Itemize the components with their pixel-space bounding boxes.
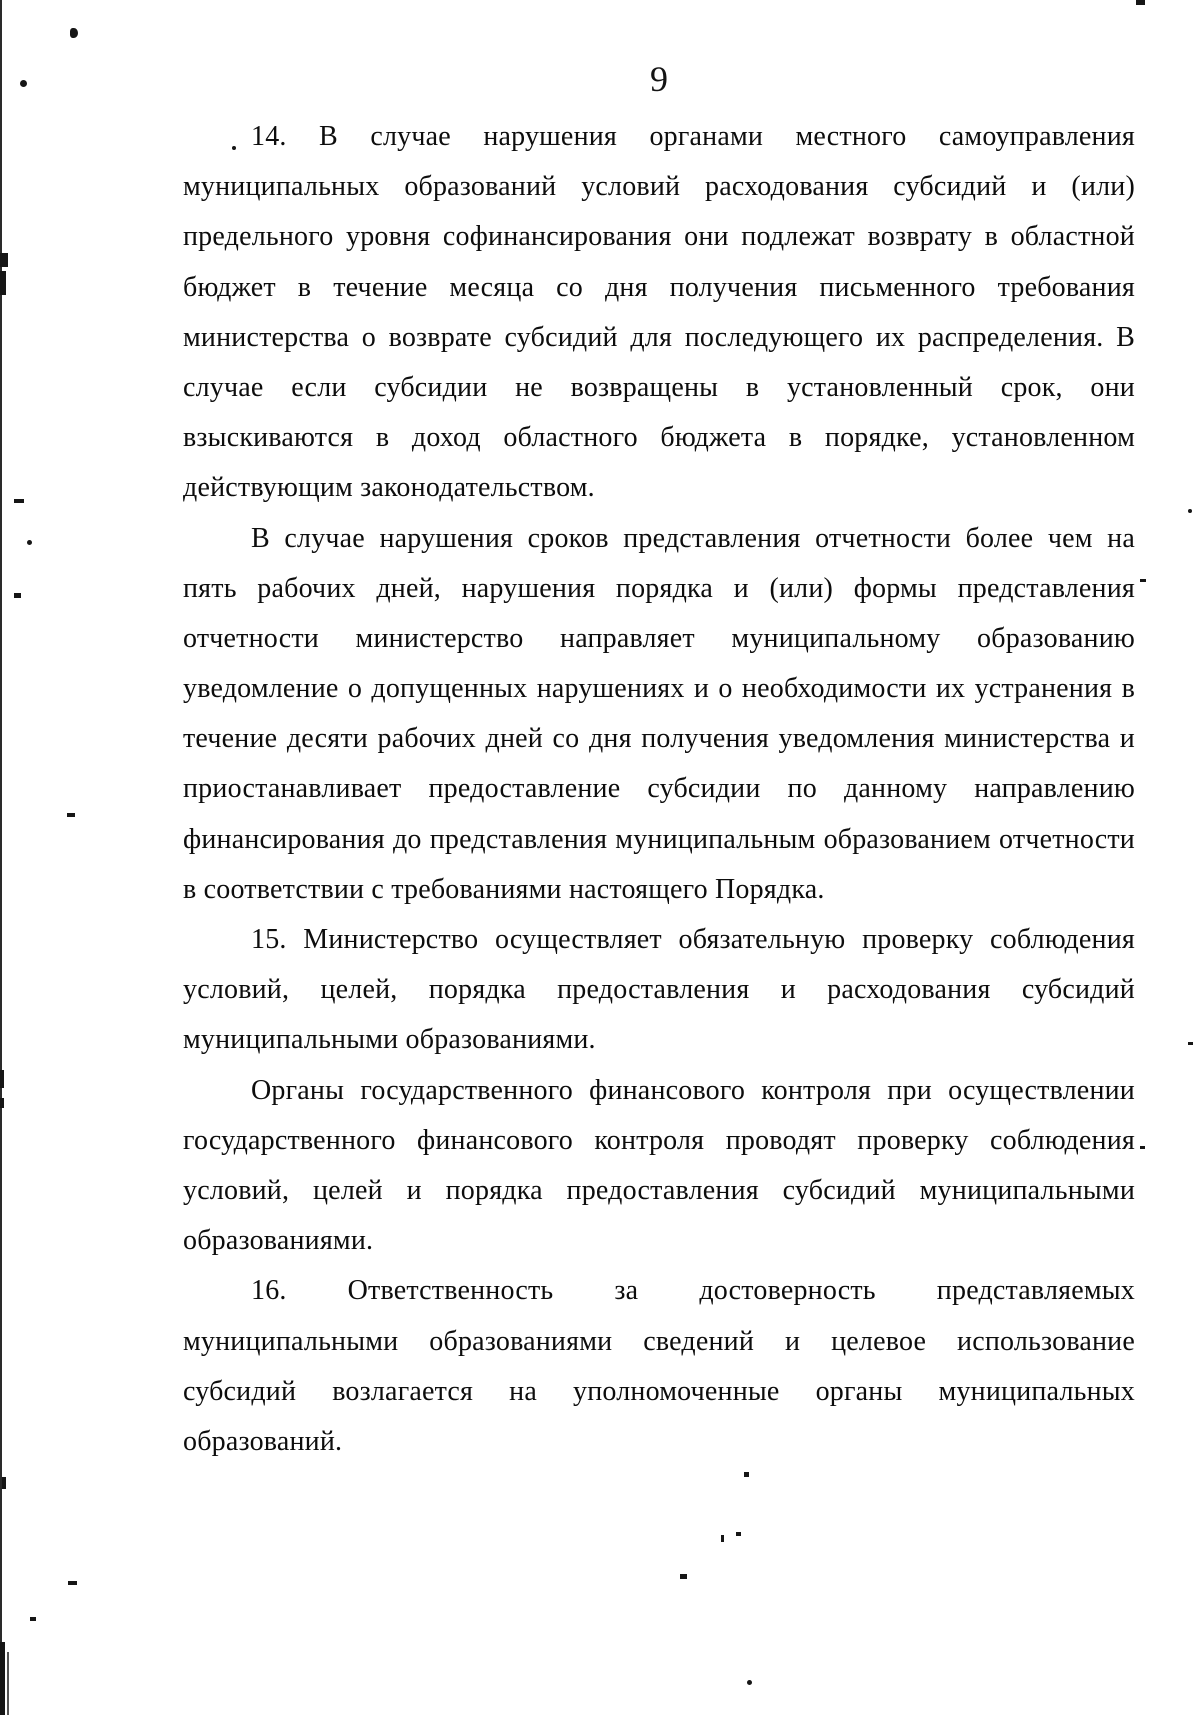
text-line: отчетности министерство направляет муниц… [183,614,1135,664]
text-line: уведомление о допущенных нарушениях и о … [183,664,1135,714]
scan-speck [7,1652,9,1715]
text-line: случае если субсидии не возвращены в уст… [183,363,1135,413]
text-line: муниципальных образований условий расход… [183,162,1135,212]
text-line: Органы государственного финансового конт… [183,1066,1135,1116]
scan-speck [70,28,78,38]
text-line: государственного финансового контроля пр… [183,1116,1135,1166]
text-line: взыскиваются в доход областного бюджета … [183,413,1135,463]
text-line: 16. Ответственность за достоверность пре… [183,1266,1135,1316]
scan-speck [68,1581,77,1585]
scan-speck [1188,509,1192,513]
document-page: 9 14. В случае нарушения органами местно… [0,0,1200,1715]
text-line: муниципальными образованиями. [183,1015,1135,1065]
text-line: условий, целей, порядка предоставления и… [183,965,1135,1015]
text-line: образованиями. [183,1216,1135,1266]
scan-speck [2,1477,6,1489]
scan-speck [736,1532,741,1536]
paragraph-point-16: 16. Ответственность за достоверность пре… [183,1266,1135,1467]
text-line: предельного уровня софинансирования они … [183,212,1135,262]
text-line: министерства о возврате субсидий для пос… [183,313,1135,363]
page-number: 9 [183,58,1135,100]
scan-speck [20,80,27,87]
scan-speck [0,1642,5,1715]
scan-speck [0,253,8,267]
scan-speck [744,1472,749,1477]
text-line: условий, целей и порядка предоставления … [183,1166,1135,1216]
text-line: действующим законодательством. [183,463,1135,513]
text-line: В случае нарушения сроков представления … [183,514,1135,564]
text-line: 15. Министерство осуществляет обязательн… [183,915,1135,965]
paragraph-point-15: 15. Министерство осуществляет обязательн… [183,915,1135,1066]
text-line: течение десяти рабочих дней со дня получ… [183,714,1135,764]
paragraph-reporting-violations: В случае нарушения сроков представления … [183,514,1135,916]
scan-speck [1140,579,1146,582]
text-line: 14. В случае нарушения органами местного… [183,112,1135,162]
scan-speck [1136,0,1145,5]
text-line: в соответствии с требованиями настоящего… [183,865,1135,915]
scan-speck [0,1098,4,1108]
scan-speck [721,1535,724,1542]
scan-speck [0,1070,4,1088]
scan-speck [1140,1146,1145,1149]
scan-speck [0,271,6,295]
scan-speck [747,1680,752,1685]
document-body: 14. В случае нарушения органами местного… [183,112,1135,1467]
text-line: приостанавливает предоставление субсидии… [183,764,1135,814]
text-line: финансирования до представления муниципа… [183,815,1135,865]
text-line: субсидий возлагается на уполномоченные о… [183,1367,1135,1417]
paragraph-point-14: 14. В случае нарушения органами местного… [183,112,1135,514]
text-line: пять рабочих дней, нарушения порядка и (… [183,564,1135,614]
scan-speck [67,813,75,817]
text-line: образований. [183,1417,1135,1467]
scan-speck [27,540,32,545]
scan-speck [14,499,24,503]
scan-speck [1188,1042,1193,1045]
scan-speck [30,1617,36,1621]
paragraph-state-control: Органы государственного финансового конт… [183,1066,1135,1267]
scan-speck [680,1574,687,1579]
text-line: бюджет в течение месяца со дня получения… [183,263,1135,313]
text-line: муниципальными образованиями сведений и … [183,1317,1135,1367]
scan-speck [14,593,21,598]
